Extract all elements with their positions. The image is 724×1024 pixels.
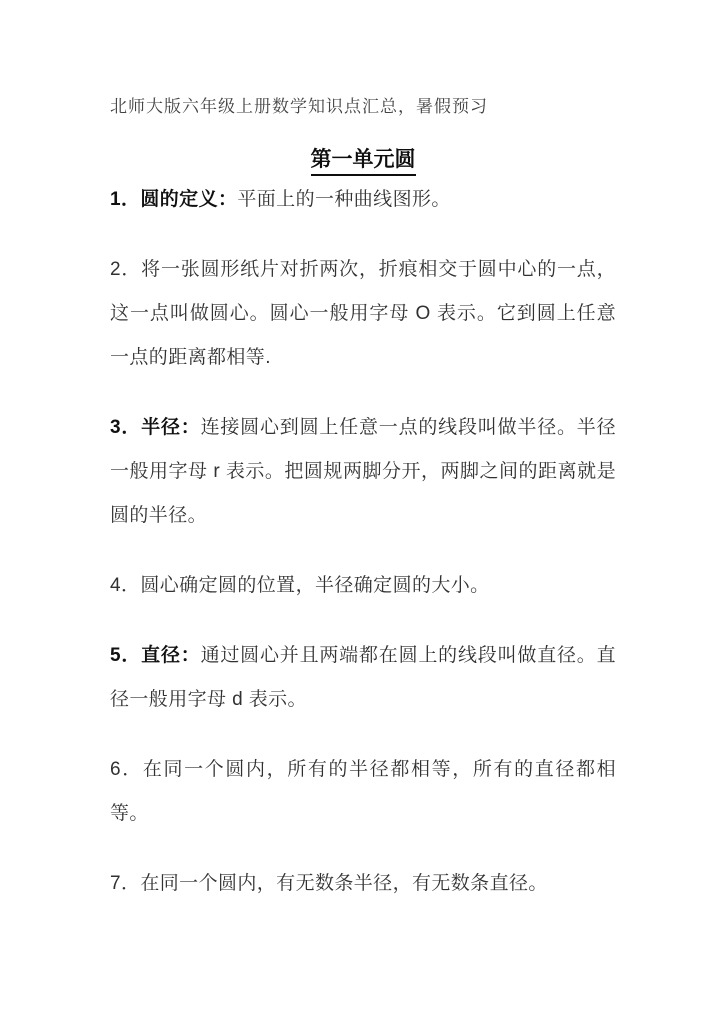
page-title: 第一单元圆: [110, 147, 616, 176]
knowledge-point-3: 3．半径：连接圆心到圆上任意一点的线段叫做半径。半径一般用字母 r 表示。把圆规…: [110, 406, 616, 538]
knowledge-point-1: 1．圆的定义：平面上的一种曲线图形。: [110, 178, 616, 222]
knowledge-point-5: 5．直径：通过圆心并且两端都在圆上的线段叫做直径。直径一般用字母 d 表示。: [110, 634, 616, 722]
item-text: 7．在同一个圆内，有无数条半径，有无数条直径。: [110, 873, 548, 894]
term-label-definition: 1．圆的定义：: [110, 189, 237, 210]
knowledge-point-6: 6．在同一个圆内，所有的半径都相等，所有的直径都相等。: [110, 748, 616, 836]
document-page: 北师大版六年级上册数学知识点汇总，暑假预习 第一单元圆 1．圆的定义：平面上的一…: [0, 0, 724, 1024]
term-label-radius: 3．半径：: [110, 417, 201, 438]
page-title-text: 第一单元圆: [311, 147, 416, 176]
term-label-diameter: 5．直径：: [110, 645, 201, 666]
knowledge-point-2: 2．将一张圆形纸片对折两次，折痕相交于圆中心的一点，这一点叫做圆心。圆心一般用字…: [110, 248, 616, 380]
item-text: 2．将一张圆形纸片对折两次，折痕相交于圆中心的一点，这一点叫做圆心。圆心一般用字…: [110, 259, 616, 368]
item-text: 6．在同一个圆内，所有的半径都相等，所有的直径都相等。: [110, 759, 616, 824]
knowledge-point-7: 7．在同一个圆内，有无数条半径，有无数条直径。: [110, 862, 616, 906]
item-text: 4．圆心确定圆的位置，半径确定圆的大小。: [110, 575, 490, 596]
item-text: 平面上的一种曲线图形。: [237, 189, 450, 210]
document-subtitle: 北师大版六年级上册数学知识点汇总，暑假预习: [110, 95, 616, 119]
knowledge-point-4: 4．圆心确定圆的位置，半径确定圆的大小。: [110, 564, 616, 608]
